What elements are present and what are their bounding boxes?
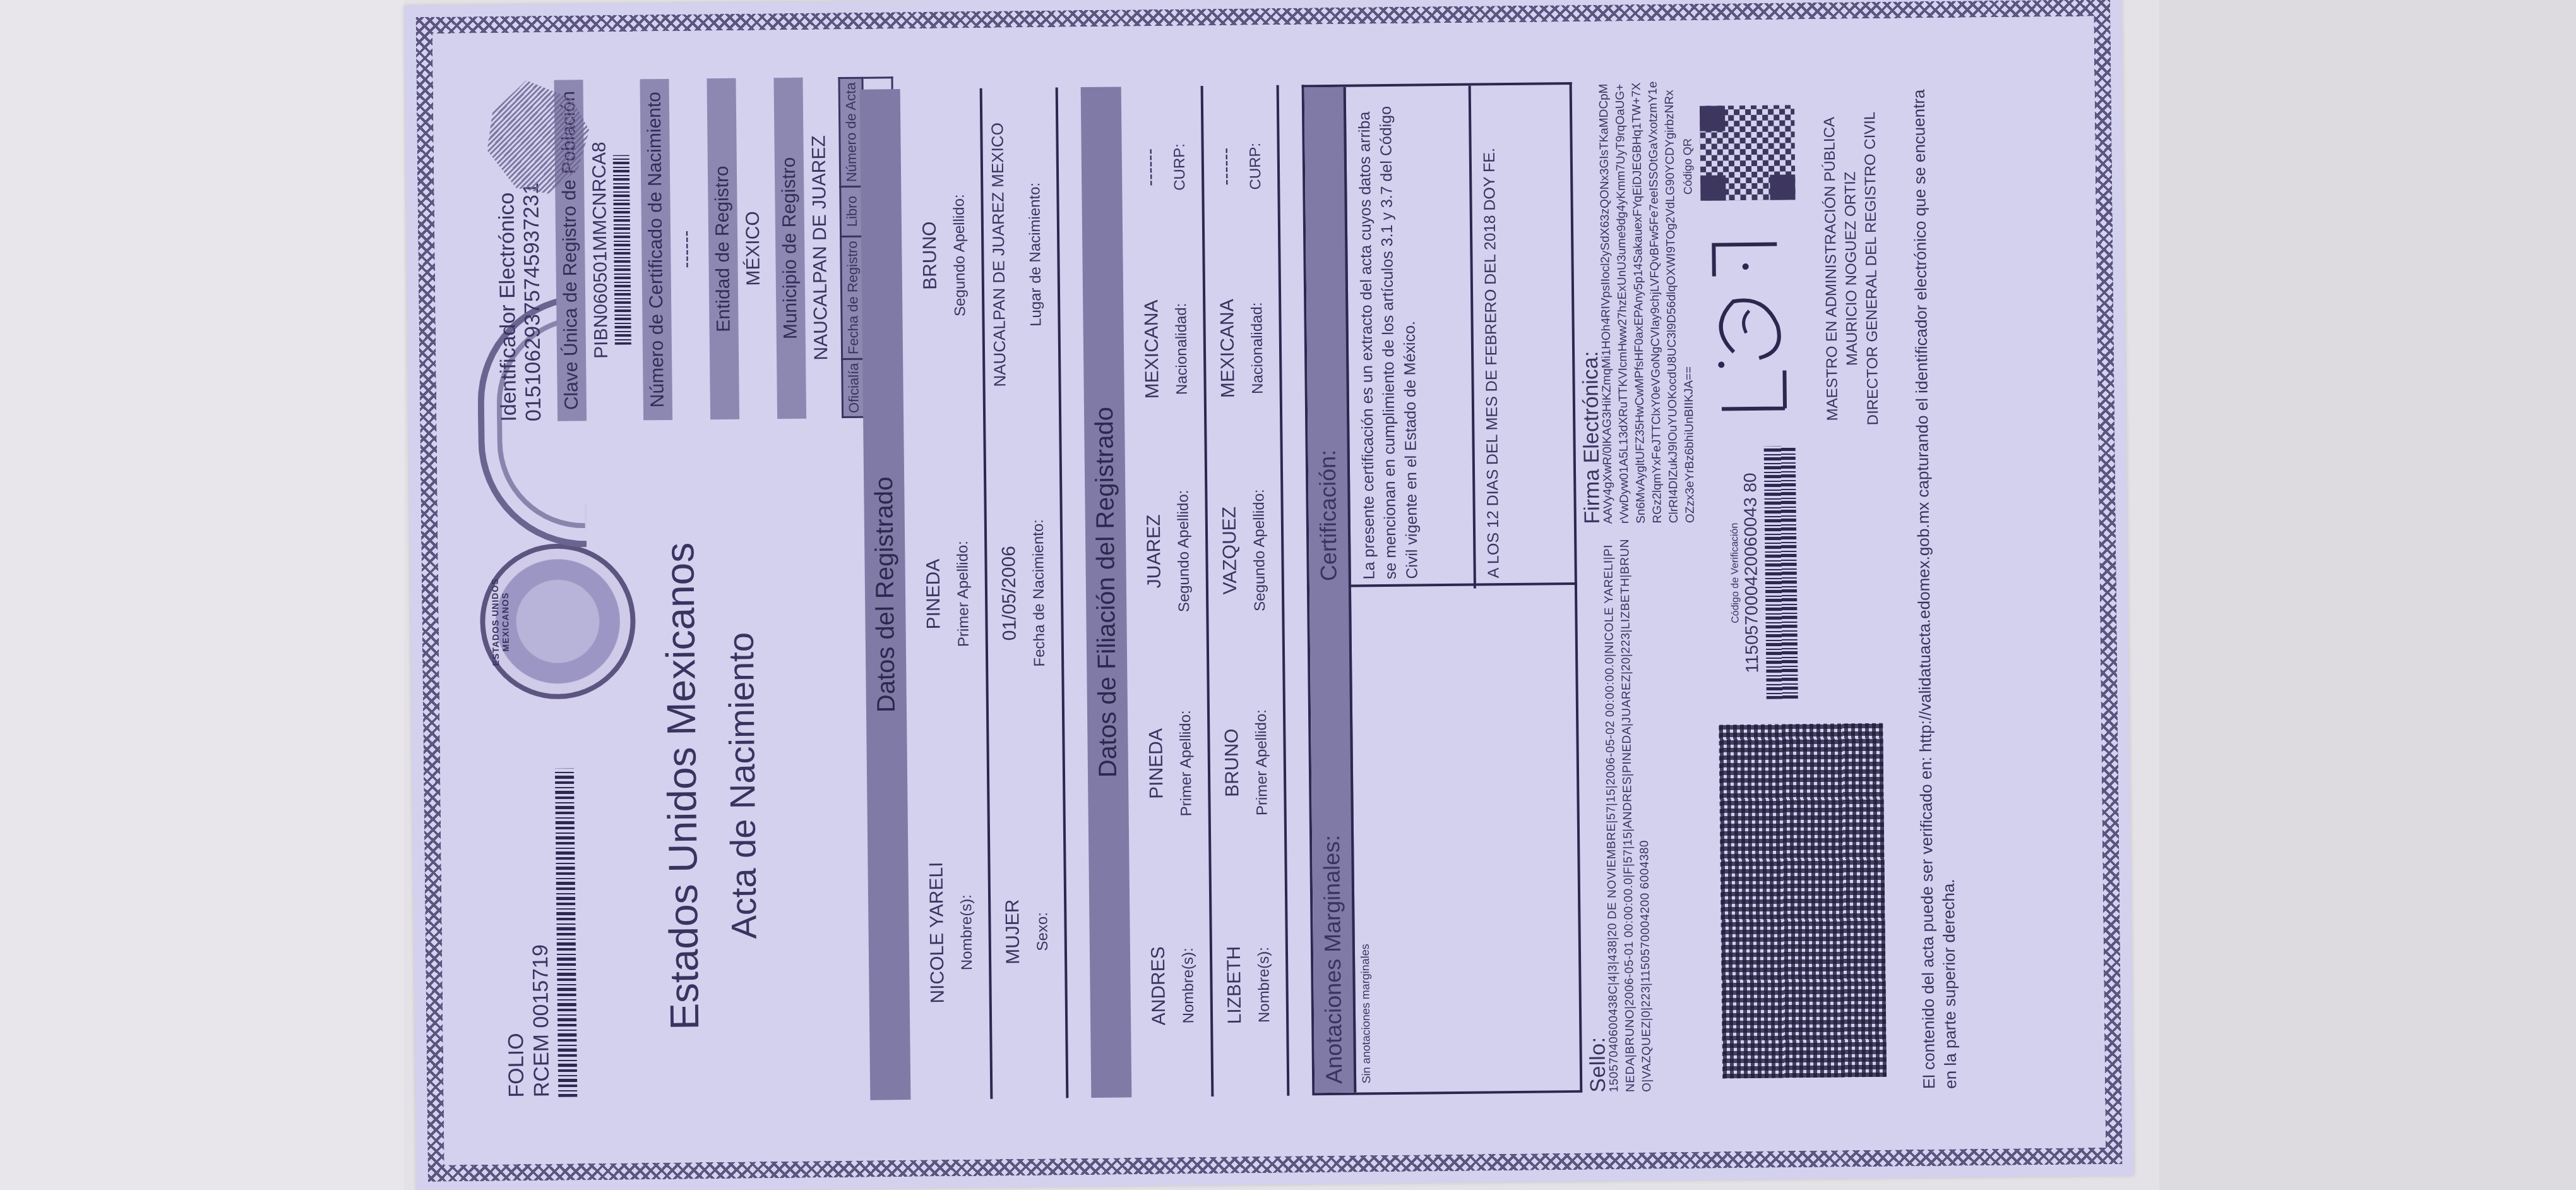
anotaciones-title: Anotaciones Marginales: [1309, 587, 1356, 1093]
certificacion-date: A LOS 12 DIAS DEL MES DE FEBRERO DEL 201… [1471, 85, 1512, 589]
official-signatory: MAESTRO EN ADMINISTRACIÓN PÚBLICA MAURIC… [1820, 92, 1884, 446]
registrado-row-names: NICOLE YARELI Nombre(s): PINEDA Primer A… [910, 88, 993, 1100]
field-sexo: MUJER Sexo: [993, 764, 1066, 1098]
anotaciones-box: Anotaciones Marginales: Sin anotaciones … [1307, 582, 1582, 1095]
certificacion-title: Certificación: [1304, 87, 1351, 591]
country-heading: Estados Unidos Mexicanos [655, 470, 708, 1102]
field-nombre: LIZBETH Nombre(s): [1215, 874, 1287, 1097]
field-nacionalidad: MEXICANA Nacionalidad: [1208, 247, 1280, 450]
certificacion-text: La presente certificación es un extracto… [1346, 86, 1476, 590]
anotaciones-text: Sin anotaciones marginales [1351, 587, 1377, 1092]
municipio-label: Municipio de Registro [773, 78, 806, 419]
field-segundo-apellido: BRUNO Segundo Apellido: [910, 88, 984, 423]
municipio-value: NAUCALPAN DE JUAREZ [802, 77, 833, 418]
section-filiacion: Datos de Filiación del Registrado [1081, 87, 1132, 1098]
folio-block: FOLIO RCEM 0015719 [501, 769, 577, 1098]
qr-label: Código QR [1681, 138, 1695, 195]
folio-label: FOLIO [501, 769, 529, 1097]
qr-code-icon [1700, 105, 1796, 201]
background-surface [2159, 0, 2576, 1190]
entidad-label: Entidad de Registro [707, 78, 739, 419]
field-segundo-apellido: JUAREZ Segundo Apellido: [1135, 450, 1207, 652]
verification-code: Código de Verificación 11505700042006004… [1729, 446, 1798, 699]
seal-text: ESTADOS UNIDOS MEXICANOS [489, 550, 511, 695]
barcode-icon [613, 155, 631, 345]
document-title: Acta de Nacimiento [719, 469, 766, 1102]
certificacion-box: Certificación: La presente certificación… [1302, 82, 1577, 590]
registrado-row-birth: MUJER Sexo: 01/05/2006 Fecha de Nacimien… [986, 87, 1069, 1098]
document-photo: FOLIO RCEM 0015719 ESTADOS UNIDOS MEXICA… [360, 0, 2178, 1190]
sello-block: Sello: 15057040600438C|4|3|438|20 DE NOV… [1584, 536, 1655, 1093]
field-curp: ------ CURP: [1207, 85, 1279, 248]
entidad-value: MÉXICO [736, 78, 766, 419]
registry-info: Identificador Electrónico 01510629375745… [493, 76, 897, 422]
field-nombre: ANDRES Nombre(s): [1140, 874, 1212, 1097]
verification-value: 115057000420060043 80 [1740, 447, 1763, 699]
sello-value: 15057040600438C|4|3|438|20 DE NOVIEMBRE|… [1601, 536, 1655, 1093]
field-primer-apellido: PINEDA Primer Apellido: [914, 422, 987, 766]
national-seal-icon: ESTADOS UNIDOS MEXICANOS [479, 543, 636, 700]
datamatrix-code-icon [1719, 723, 1887, 1079]
official-position: DIRECTOR GENERAL DEL REGISTRO CIVIL [1860, 92, 1884, 445]
birth-certificate: FOLIO RCEM 0015719 ESTADOS UNIDOS MEXICA… [404, 0, 2134, 1190]
signature-icon [1695, 231, 1804, 422]
certificado-label: Número de Certificado de Nacimiento [640, 79, 672, 420]
padre-row: ANDRES Nombre(s): PINEDA Primer Apellido… [1131, 86, 1214, 1097]
field-primer-apellido: PINEDA Primer Apellido: [1137, 652, 1209, 875]
field-lugar-nacimiento: NAUCALPAN DE JUAREZ MEXICO Lugar de Naci… [986, 87, 1059, 421]
barcode-icon [555, 769, 577, 1097]
field-primer-apellido: BRUNO Primer Apellido: [1213, 651, 1285, 874]
section-registrado: Datos del Registrado [860, 89, 911, 1100]
field-fecha-nacimiento: 01/05/2006 Fecha de Nacimiento: [989, 421, 1063, 765]
madre-row: LIZBETH Nombre(s): BRUNO Primer Apellido… [1207, 85, 1290, 1097]
official-title: MAESTRO EN ADMINISTRACIÓN PÚBLICA [1820, 92, 1844, 445]
field-nacionalidad: MEXICANA Nacionalidad: [1133, 248, 1204, 450]
folio-value: RCEM 0015719 [526, 769, 554, 1097]
certificado-value: ------ [669, 78, 699, 419]
field-nombre: NICOLE YARELI Nombre(s): [917, 766, 991, 1100]
barcode-icon [1764, 446, 1798, 699]
verification-footer: El contenido del acta puede ser verifica… [1908, 78, 1962, 1090]
background-surface [0, 0, 404, 1190]
field-curp: ------ CURP: [1131, 86, 1203, 248]
field-segundo-apellido: VAZQUEZ Segundo Apellido: [1211, 449, 1282, 652]
